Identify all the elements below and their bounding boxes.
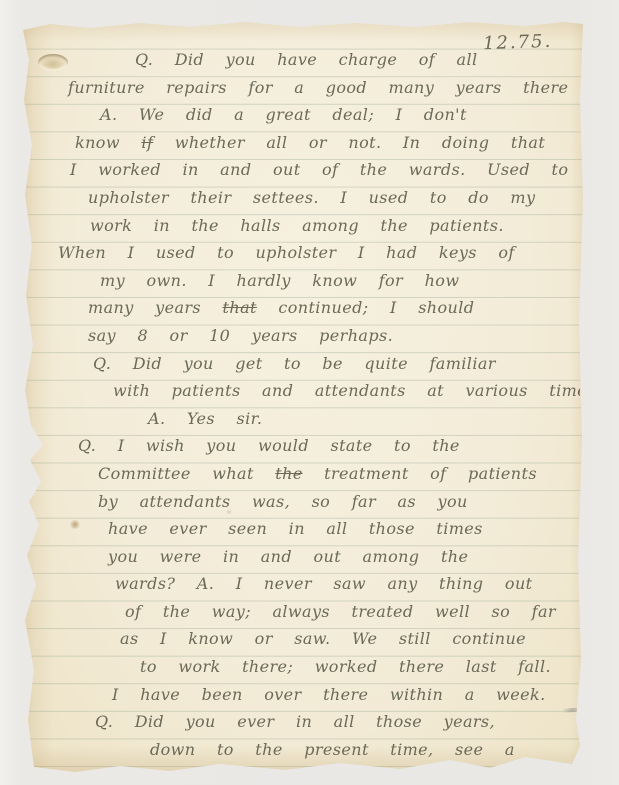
struck-word: that (223, 298, 257, 317)
manuscript-line: Q. Did you get to be quite familiar (20, 354, 580, 382)
manuscript-line: by attendants was, so far as you (20, 492, 580, 520)
manuscript-line: Q. I wish you would state to the (20, 436, 580, 464)
manuscript-line: down to the present time, see a (20, 740, 580, 768)
manuscript-line: of the way; always treated well so far (20, 602, 580, 630)
manuscript-line: you were in and out among the (20, 547, 580, 575)
manuscript-line: Q. Did you ever in all those years, (20, 712, 580, 740)
manuscript-line: work in the halls among the patients. (20, 216, 580, 244)
manuscript-line: wards? A. I never saw any thing out (20, 574, 580, 602)
manuscript-line: When I used to upholster I had keys of (20, 243, 580, 271)
manuscript-line: I have been over there within a week. (20, 685, 580, 713)
manuscript-line: to work there; worked there last fall. (20, 657, 580, 685)
manuscript-line: have ever seen in all those times (20, 519, 580, 547)
manuscript-line: I worked in and out of the wards. Used t… (20, 160, 580, 188)
manuscript-text: Q. Did you have charge of allfurniture r… (20, 50, 580, 767)
manuscript-line: upholster their settees. I used to do my (20, 188, 580, 216)
manuscript-line: Q. Did you have charge of all (20, 50, 580, 78)
struck-word: the (275, 464, 302, 483)
manuscript-line: Committee what the treatment of patients (20, 464, 580, 492)
scan-background: 12.75. Q. Did you have charge of allfurn… (0, 0, 619, 785)
manuscript-line: my own. I hardly know for how (20, 271, 580, 299)
manuscript-line: say 8 or 10 years perhaps. (20, 326, 580, 354)
manuscript-line: know if whether all or not. In doing tha… (20, 133, 580, 161)
manuscript-line: A. Yes sir. (20, 409, 580, 437)
manuscript-line: many years that continued; I should (20, 298, 580, 326)
manuscript-line: as I know or saw. We still continue (20, 629, 580, 657)
manuscript-line: A. We did a great deal; I don't (20, 105, 580, 133)
manuscript-paper: 12.75. Q. Did you have charge of allfurn… (20, 20, 586, 772)
manuscript-line: with patients and attendants at various … (20, 381, 580, 409)
manuscript-line: furniture repairs for a good many years … (20, 78, 580, 106)
struck-word: if (141, 133, 153, 152)
